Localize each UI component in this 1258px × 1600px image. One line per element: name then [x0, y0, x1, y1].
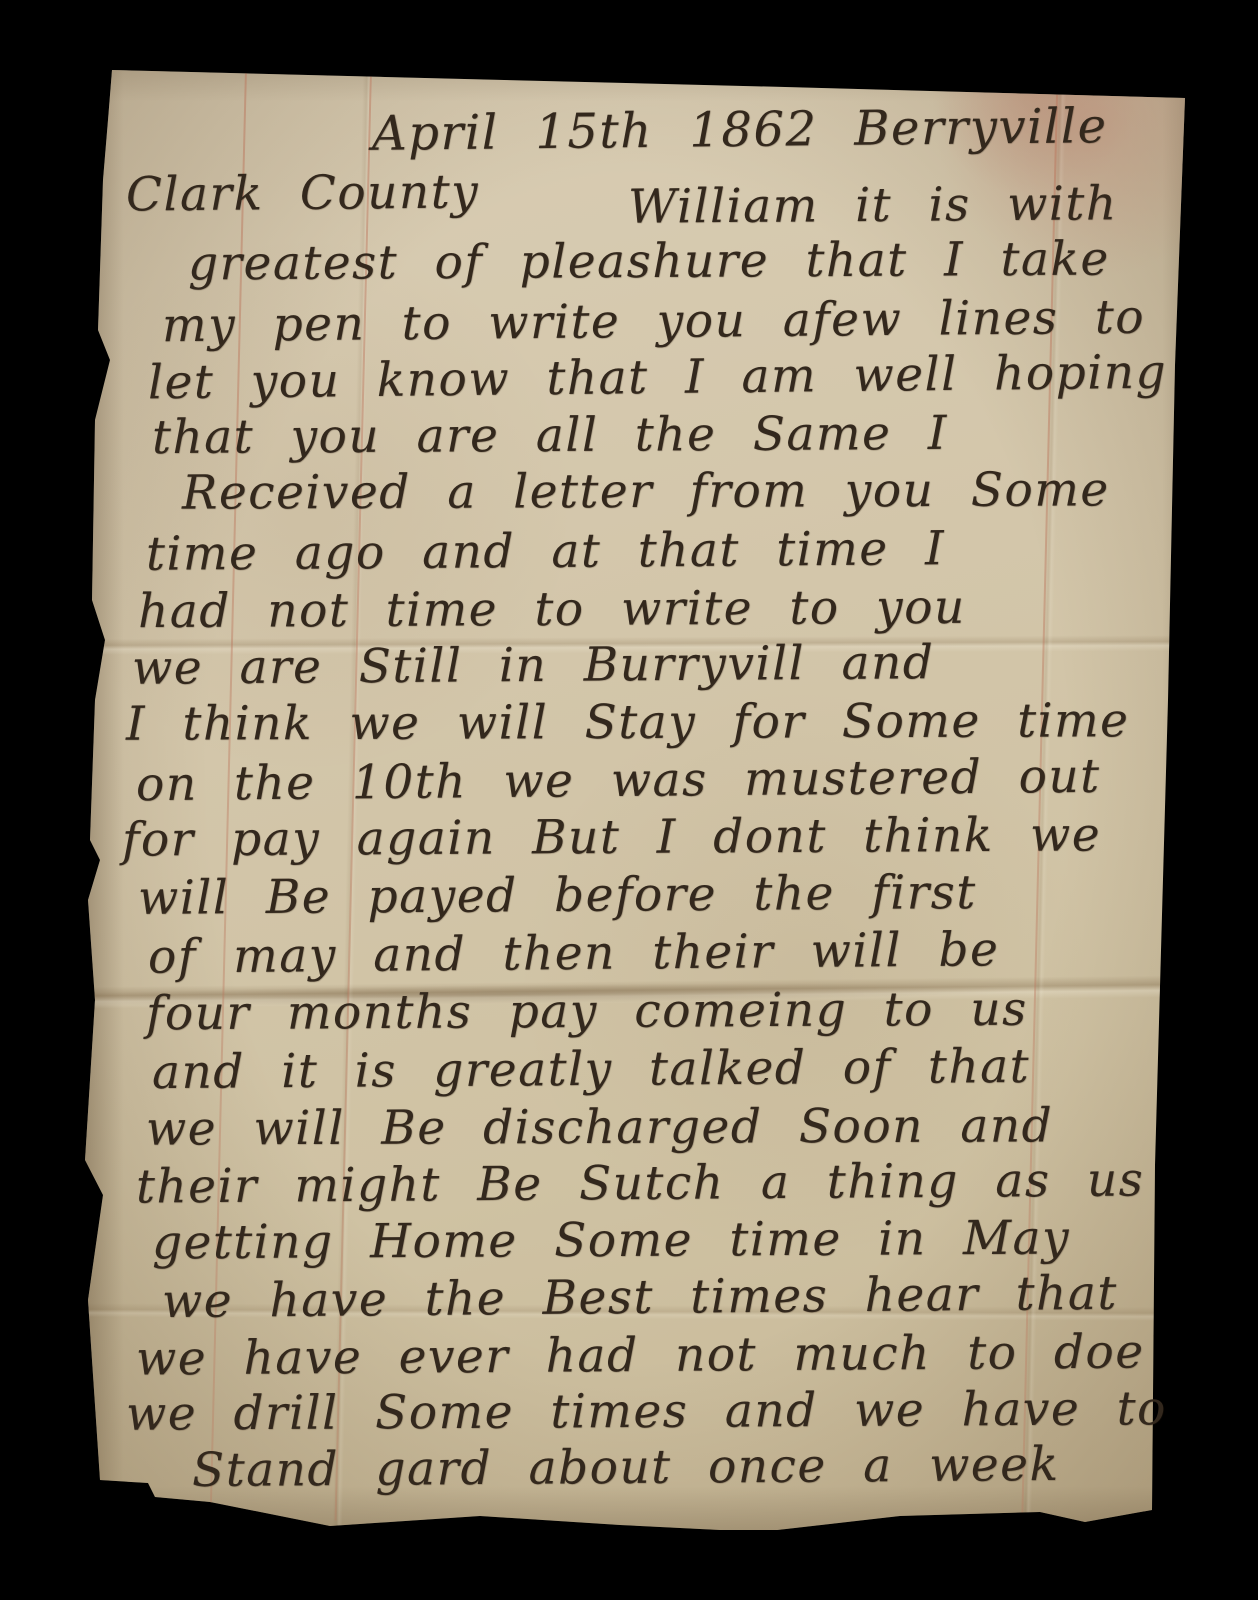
- letter-photo: April 15th 1862 Berryville Clark County …: [0, 0, 1258, 1600]
- handwriting-layer: April 15th 1862 Berryville Clark County …: [0, 0, 1258, 1600]
- letter-line: greatest of pleashure that I take: [188, 234, 1110, 291]
- letter-line: we will Be discharged Soon and: [146, 1100, 1053, 1155]
- letter-date-line: April 15th 1862 Berryville: [372, 100, 1108, 160]
- letter-line: that you are all the Same I: [152, 408, 948, 464]
- letter-line: William it is with: [628, 178, 1118, 233]
- letter-line: Stand gard about once a week: [192, 1439, 1060, 1497]
- letter-line: my pen to write you afew lines to: [162, 292, 1145, 352]
- letter-line: let you know that I am well hoping: [148, 347, 1168, 409]
- letter-line: we have the Best times hear that: [162, 1268, 1118, 1328]
- letter-line: four months pay comeing to us: [146, 984, 1028, 1040]
- letter-line: and it is greatly talked of that: [152, 1041, 1030, 1099]
- letter-line: will Be payed before the first: [138, 867, 977, 925]
- letter-line: of may and then their will be: [148, 924, 1000, 983]
- letter-line: Received a letter from you Some: [182, 464, 1110, 519]
- letter-line: getting Home Some time in May: [152, 1213, 1070, 1269]
- letter-line: their might Be Sutch a thing as us: [136, 1154, 1145, 1213]
- letter-line: I think we will Stay for Some time: [126, 695, 1130, 750]
- letter-line: had not time to write to you: [138, 582, 966, 638]
- letter-line: we are Still in Burryvill and: [132, 637, 935, 694]
- letter-line: on the 10th we was mustered out: [136, 751, 1101, 811]
- letter-place-line: Clark County: [126, 166, 480, 221]
- letter-line: for pay again But I dont think we: [122, 809, 1101, 866]
- letter-line: we have ever had not much to doe: [136, 1326, 1145, 1385]
- letter-line: we drill Some times and we have to: [126, 1383, 1167, 1440]
- letter-line: time ago and at that time I: [146, 523, 945, 580]
